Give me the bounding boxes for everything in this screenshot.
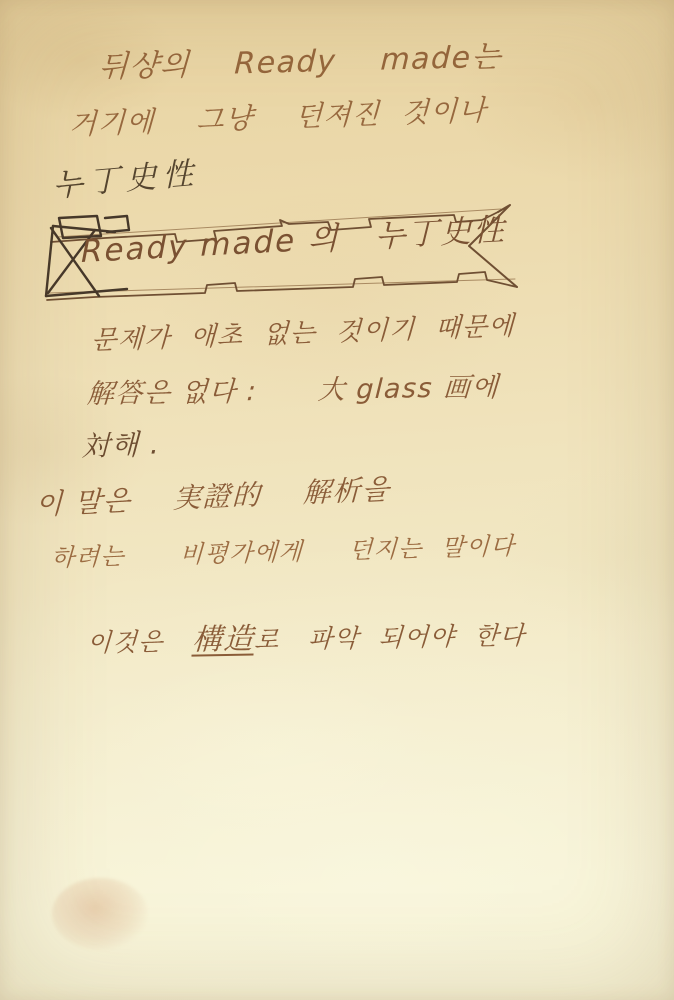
note-line-1: 뒤샹의 Ready made는 xyxy=(98,31,503,86)
note-line-9-post: 로 파악 되어야 한다 xyxy=(254,621,527,655)
note-line-9: 이것은 構造로 파악 되어야 한다 xyxy=(47,582,529,690)
note-line-2: 거기에 그냥 던져진 것이나 xyxy=(69,88,488,143)
note-line-8: 하려는 비평가에게 던지는 말이다 xyxy=(50,526,516,573)
note-line-6: 対해 . xyxy=(81,422,161,465)
note-line-9-pre: 이것은 xyxy=(86,627,193,658)
note-line-7: 이 말은 実證的 解析을 xyxy=(35,468,391,524)
handwritten-note-page: 뒤샹의 Ready made는 거기에 그냥 던져진 것이나 누丁史性 xyxy=(0,0,674,1000)
note-line-9-structure-word: 構造 xyxy=(191,621,255,656)
note-line-5: 解答은 없다 : 大 glass 画에 xyxy=(86,365,501,411)
ribbon-banner: Ready made 의 누丁史性 xyxy=(35,196,527,314)
paper-stain xyxy=(52,878,148,950)
